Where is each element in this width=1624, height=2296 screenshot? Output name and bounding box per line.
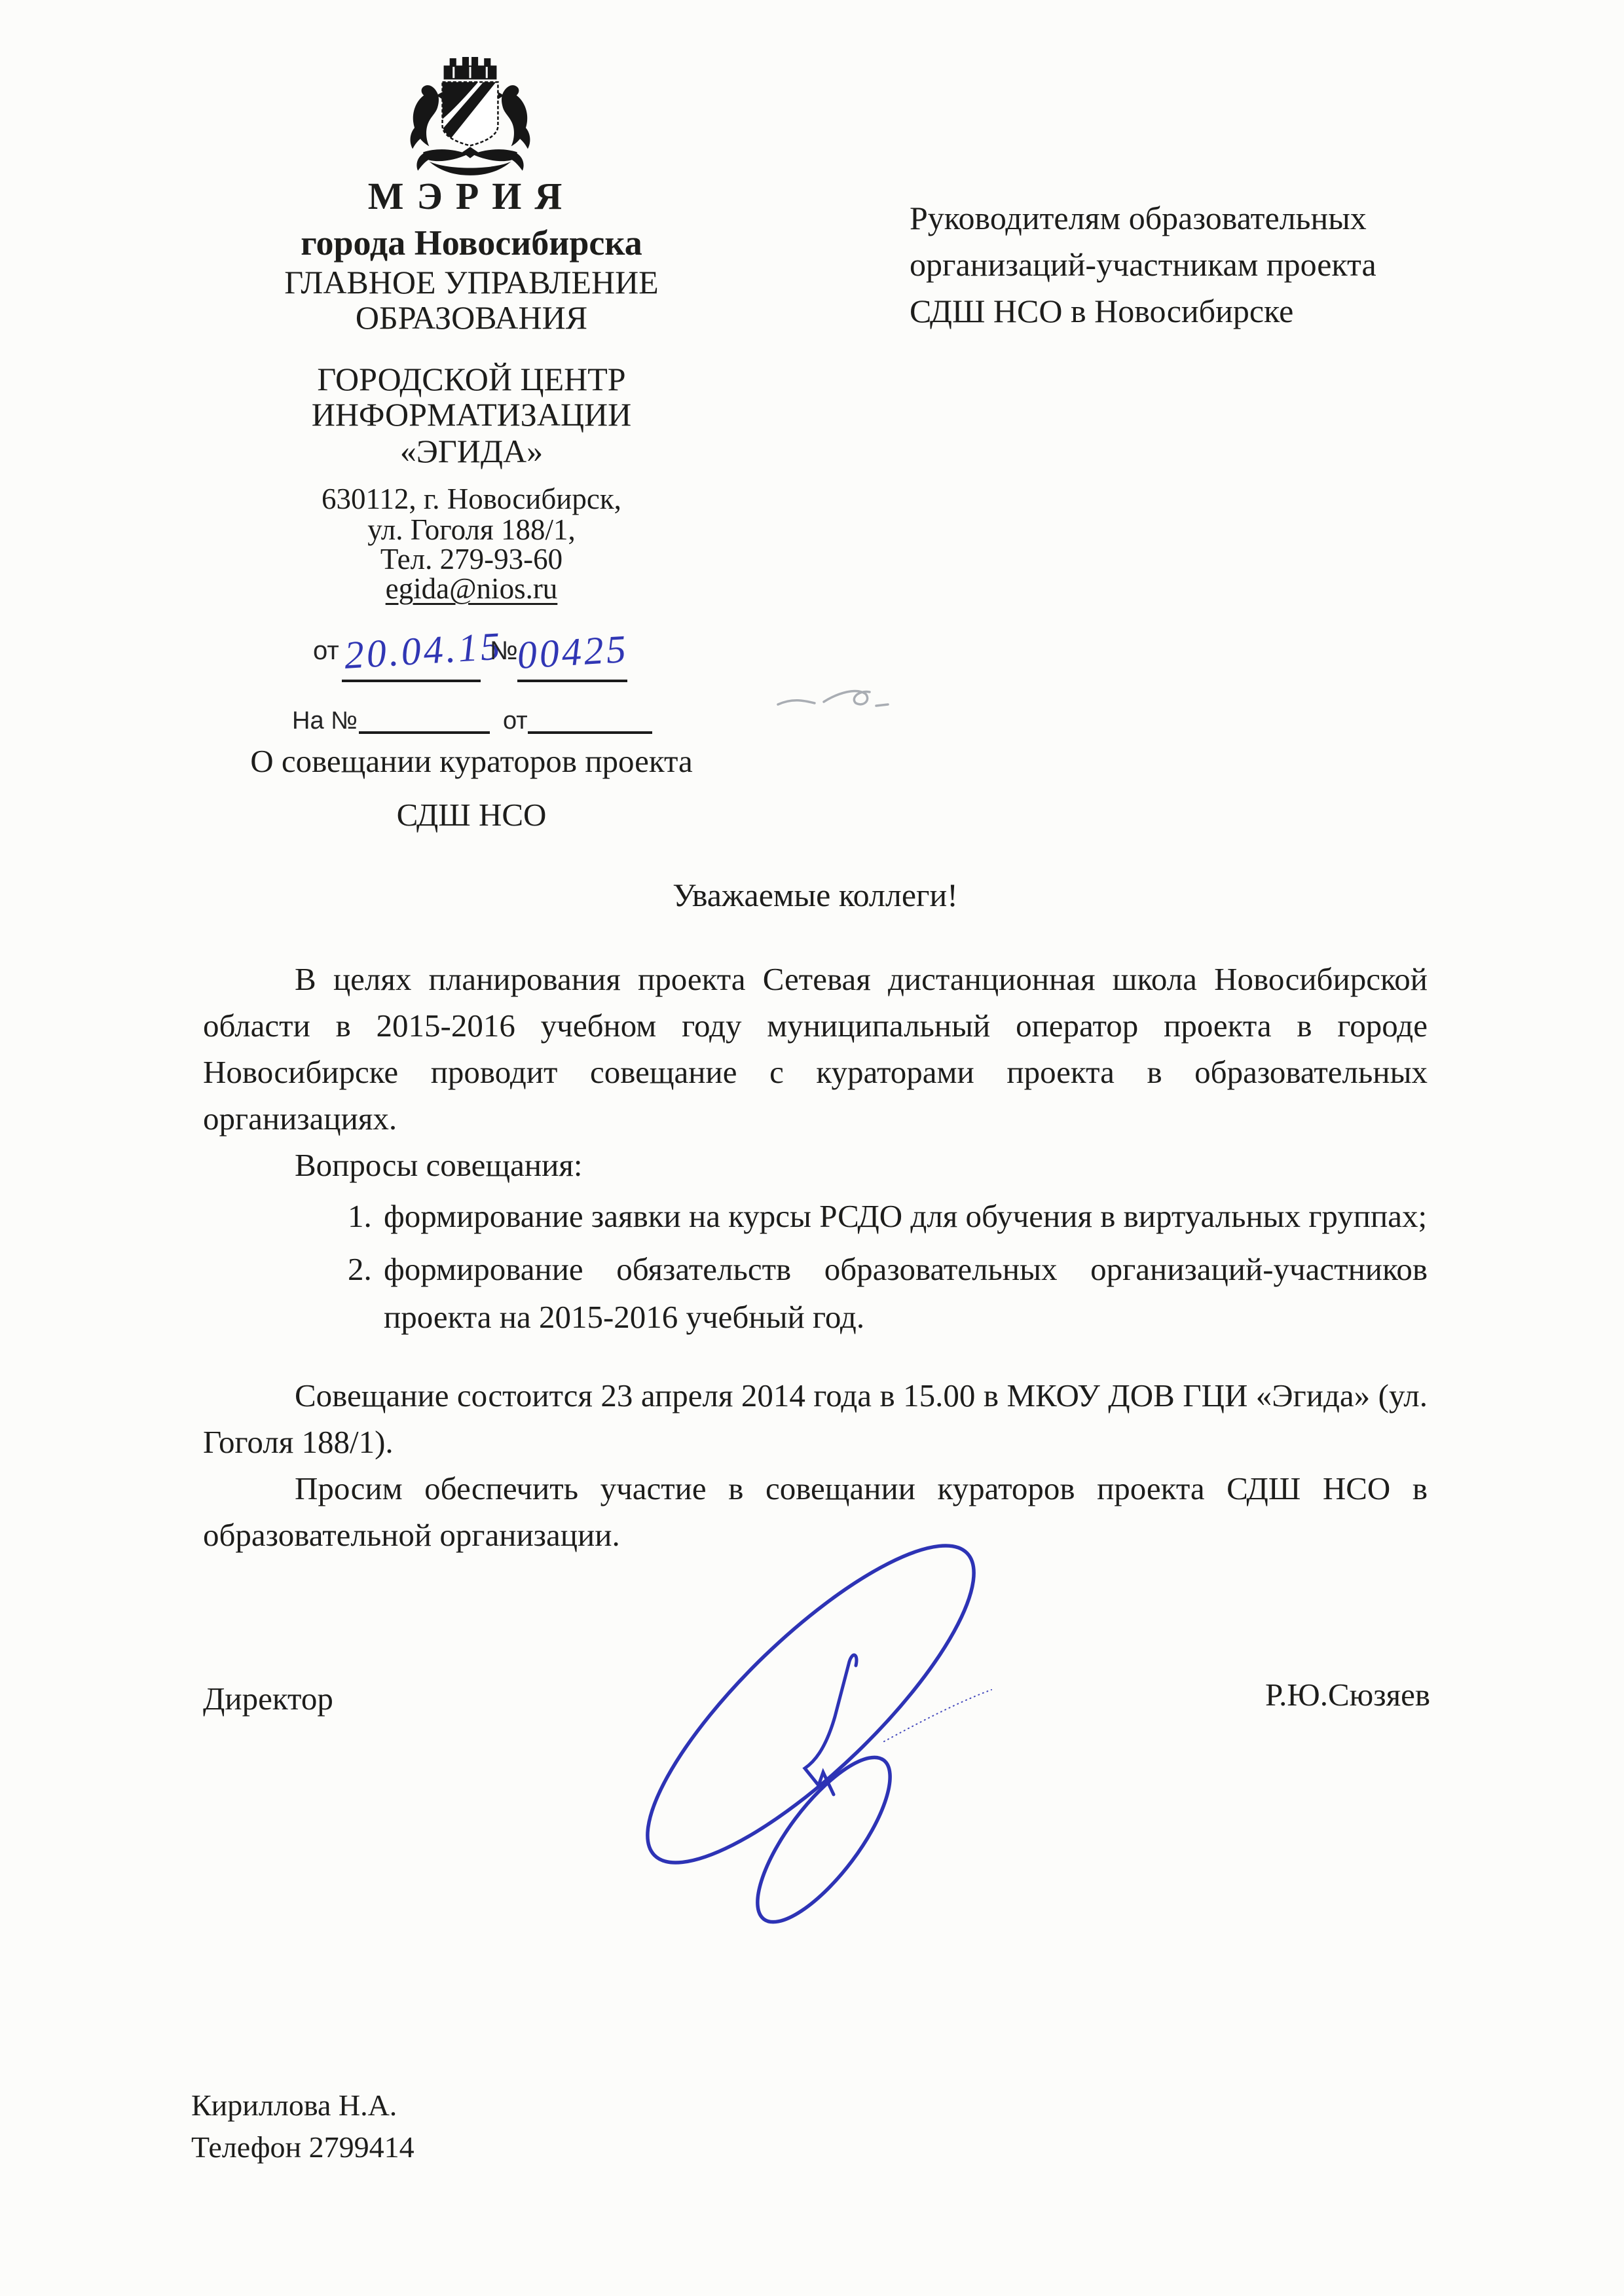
- subject-line1: О совещании кураторов проекта: [210, 742, 733, 780]
- addressee-block: Руководителям образовательных организаци…: [910, 195, 1486, 335]
- org-center-line1: ГОРОДСКОЙ ЦЕНТР: [210, 360, 733, 398]
- org-department-line2: ОБРАЗОВАНИЯ: [210, 299, 733, 337]
- ref-date-blank-line: [528, 701, 652, 734]
- org-department-line1: ГЛАВНОЕ УПРАВЛЕНИЕ: [210, 263, 733, 301]
- body-list-intro: Вопросы совещания:: [203, 1142, 1428, 1188]
- executor-name: Кириллова Н.А.: [191, 2085, 415, 2126]
- ref-number-blank-line: [359, 701, 490, 734]
- subject-line2: СДШ НСО: [210, 796, 733, 833]
- position-title: Директор: [203, 1680, 333, 1717]
- executor-phone: Телефон 2799414: [191, 2126, 415, 2168]
- handwritten-date: 20.04.15: [343, 623, 504, 678]
- body-paragraph-2: Совещание состоится 23 апреля 2014 года …: [203, 1372, 1428, 1465]
- salutation: Уважаемые коллеги!: [203, 876, 1428, 914]
- org-center-line2: ИНФОРМАТИЗАЦИИ: [210, 395, 733, 433]
- addressee-line2: организаций-участникам проекта: [910, 242, 1486, 288]
- body-paragraph-1: В целях планирования проекта Сетевая дис…: [203, 956, 1428, 1142]
- agenda-item-1: формирование заявки на курсы РСДО для об…: [380, 1192, 1428, 1240]
- addressee-line1: Руководителям образовательных: [910, 195, 1486, 242]
- ref-number-label: На №: [292, 707, 358, 735]
- agenda-list: формирование заявки на курсы РСДО для об…: [203, 1192, 1428, 1341]
- ref-date-label: от: [503, 707, 528, 735]
- org-address-line1: 630112, г. Новосибирск,: [210, 482, 733, 516]
- signature-ink: [627, 1537, 1007, 1930]
- addressee-line3: СДШ НСО в Новосибирске: [910, 288, 1486, 335]
- number-label: №: [490, 636, 518, 666]
- agenda-item-2: формирование обязательств образовательны…: [380, 1245, 1428, 1341]
- signer-name: Р.Ю.Сюзяев: [1265, 1676, 1430, 1713]
- scanned-letter-page: МЭРИЯ города Новосибирска ГЛАВНОЕ УПРАВЛ…: [0, 0, 1624, 2296]
- executor-block: Кириллова Н.А. Телефон 2799414: [191, 2085, 415, 2168]
- org-email-text: egida@nios.ru: [386, 572, 558, 605]
- date-label: от: [313, 636, 339, 666]
- org-city: города Новосибирска: [210, 223, 733, 263]
- org-email: egida@nios.ru: [210, 572, 733, 606]
- date-blank-line: 20.04.15: [342, 632, 481, 682]
- org-name-mayoralty: МЭРИЯ: [210, 174, 733, 218]
- org-center-line3: «ЭГИДА»: [210, 432, 733, 470]
- pencil-scribble-artifact: [773, 673, 917, 719]
- novosibirsk-coat-of-arms-icon: [407, 55, 533, 189]
- letter-body: В целях планирования проекта Сетевая дис…: [203, 956, 1428, 1558]
- handwritten-number: 00425: [516, 627, 630, 678]
- number-blank-line: 00425: [517, 632, 627, 682]
